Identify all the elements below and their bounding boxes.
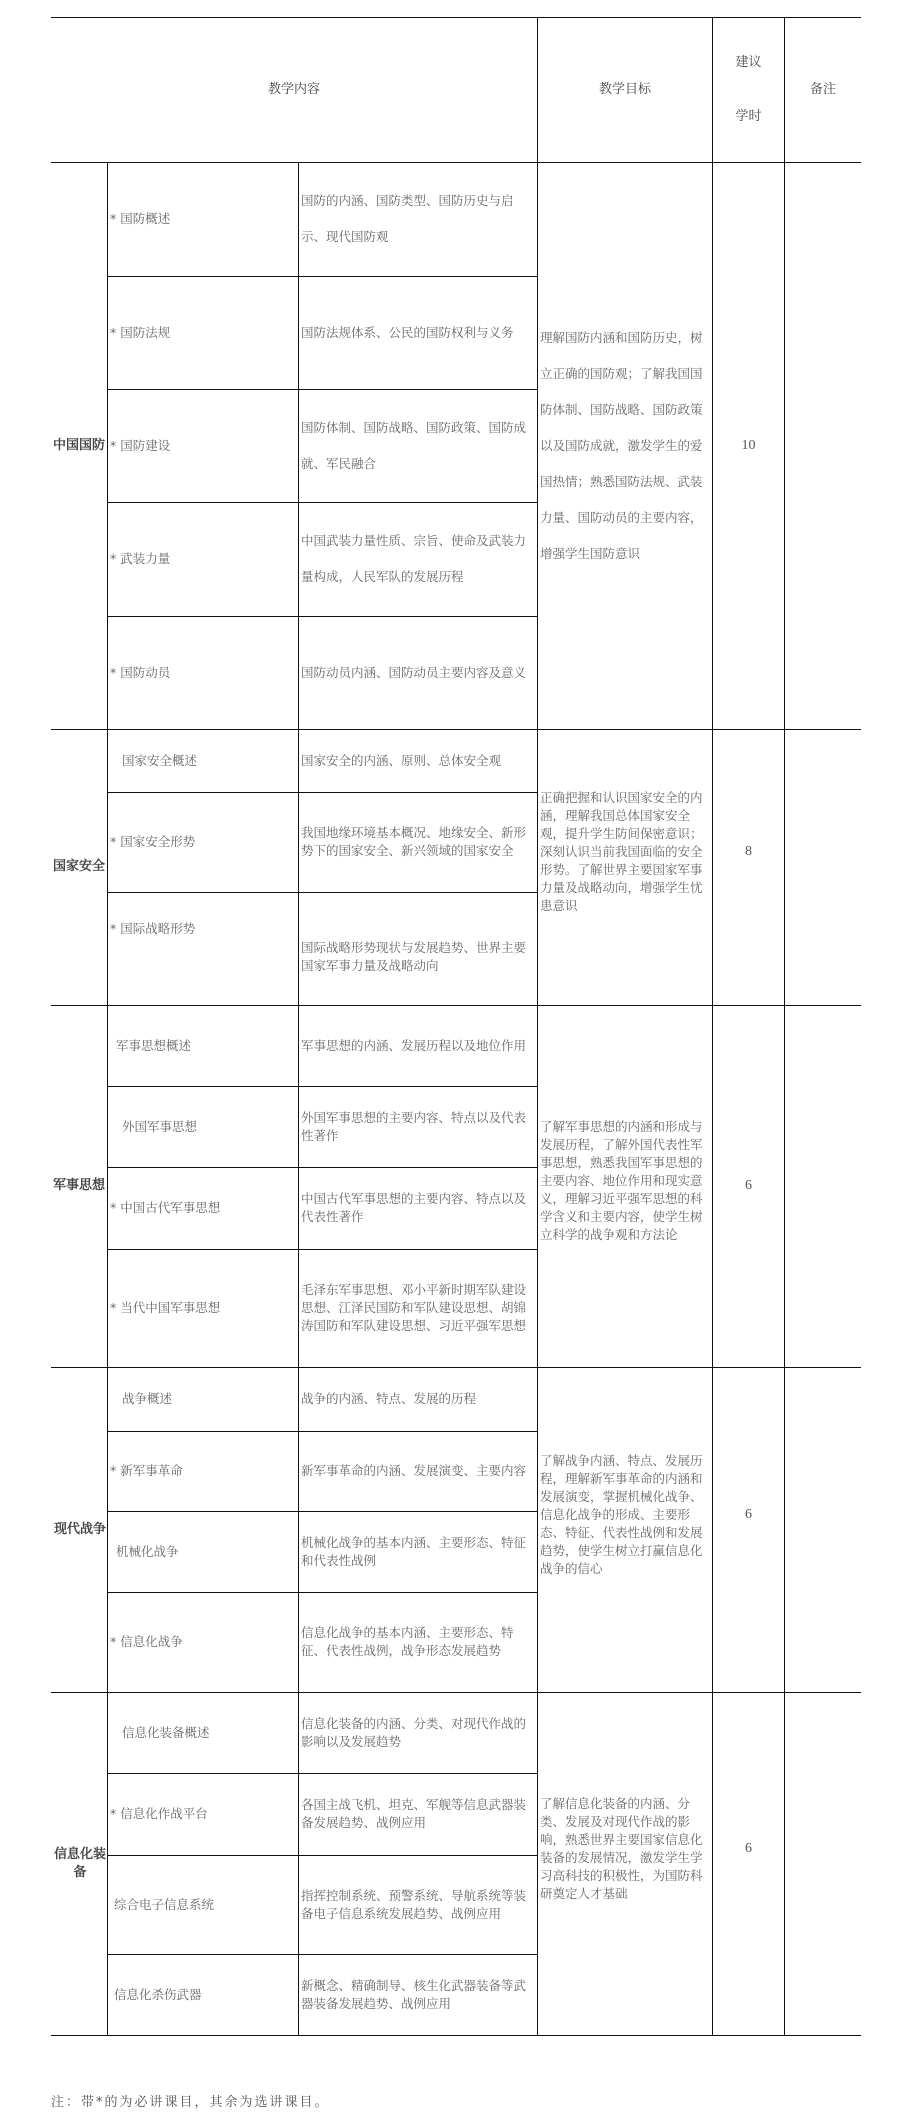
topic-cell: * 国防动员	[108, 616, 298, 729]
desc-cell: 国防的内涵、国防类型、国防历史与启示、现代国防观	[299, 162, 537, 276]
desc-cell: 国防动员内涵、国防动员主要内容及意义	[299, 616, 537, 729]
topic-cell: * 中国古代军事思想	[108, 1167, 298, 1249]
desc-cell: 各国主战飞机、坦克、军舰等信息武器装备发展趋势、战例应用	[299, 1773, 537, 1855]
desc-cell: 信息化战争的基本内涵、主要形态、特征、代表性战例，战争形态发展趋势	[299, 1592, 537, 1692]
topic-cell: * 国防法规	[108, 276, 298, 389]
section-label-national-defense: 中国国防	[51, 162, 107, 729]
topic-cell: 信息化杀伤武器	[108, 1954, 298, 2035]
topic-cell: 军事思想概述	[108, 1005, 298, 1086]
hours-cell: 8	[713, 729, 784, 1005]
header-hours-line2: 学时	[735, 108, 761, 126]
desc-cell: 军事思想的内涵、发展历程以及地位作用	[299, 1005, 537, 1086]
section-label-national-security: 国家安全	[51, 729, 107, 1005]
desc-cell: 国际战略形势现状与发展趋势、世界主要国家军事力量及战略动向	[299, 892, 537, 1005]
section-label-info-equipment: 信息化装备	[51, 1692, 107, 2035]
hours-cell: 10	[713, 162, 784, 729]
table-bottom-border	[51, 2035, 861, 2036]
desc-cell: 国防法规体系、公民的国防权利与义务	[299, 276, 537, 389]
header-content: 教学内容	[51, 17, 537, 162]
footnote: 注：带*的为必讲课目，其余为选讲课目。	[51, 2091, 330, 2110]
desc-cell: 国家安全的内涵、原则、总体安全观	[299, 729, 537, 792]
section-label-military-thought: 军事思想	[51, 1005, 107, 1367]
topic-cell: 外国军事思想	[108, 1086, 298, 1167]
goal-cell: 理解国防内涵和国防历史，树立正确的国防观；了解我国国防体制、国防战略、国防政策以…	[538, 162, 712, 729]
topic-cell: * 信息化作战平台	[108, 1773, 298, 1855]
desc-cell: 中国武装力量性质、宗旨、使命及武装力量构成，人民军队的发展历程	[299, 502, 537, 616]
goal-cell: 了解信息化装备的内涵、分类、发展及对现代作战的影响，熟悉世界主要国家信息化装备的…	[538, 1692, 712, 2035]
col-divider-remarks	[784, 17, 785, 2035]
hours-cell: 6	[713, 1005, 784, 1367]
curriculum-table: 教学内容 教学目标 建议 学时 备注 中国国防 * 国防概述 国防的内涵、国防类…	[51, 17, 861, 2035]
topic-cell: * 国家安全形势	[108, 792, 298, 892]
topic-cell: 国家安全概述	[108, 729, 298, 792]
desc-cell: 新概念、精确制导、核生化武器装备等武器装备发展趋势、战例应用	[299, 1954, 537, 2035]
topic-cell: * 国际战略形势	[108, 892, 298, 1005]
header-hours-line1: 建议	[735, 54, 761, 72]
topic-cell: 综合电子信息系统	[108, 1855, 298, 1954]
topic-cell: * 国防建设	[108, 389, 298, 502]
topic-cell: * 当代中国军事思想	[108, 1249, 298, 1367]
desc-cell: 指挥控制系统、预警系统、导航系统等装备电子信息系统发展趋势、战例应用	[299, 1855, 537, 1954]
desc-cell: 我国地缘环境基本概况、地缘安全、新形势下的国家安全、新兴领域的国家安全	[299, 792, 537, 892]
header-remarks: 备注	[785, 17, 861, 162]
header-hours: 建议 学时	[713, 17, 784, 162]
desc-cell: 外国军事思想的主要内容、特点以及代表性著作	[299, 1086, 537, 1167]
topic-cell: 战争概述	[108, 1367, 298, 1431]
topic-cell: 机械化战争	[108, 1511, 298, 1592]
topic-cell: * 国防概述	[108, 162, 298, 276]
header-goal: 教学目标	[538, 17, 712, 162]
desc-cell: 中国古代军事思想的主要内容、特点以及代表性著作	[299, 1167, 537, 1249]
hours-cell: 6	[713, 1692, 784, 2035]
section-label-modern-warfare: 现代战争	[51, 1367, 107, 1692]
topic-cell: 信息化装备概述	[108, 1692, 298, 1773]
topic-cell: * 武装力量	[108, 502, 298, 616]
topic-cell: * 信息化战争	[108, 1592, 298, 1692]
hours-cell: 6	[713, 1367, 784, 1692]
desc-cell: 毛泽东军事思想、邓小平新时期军队建设思想、江泽民国防和军队建设思想、胡锦涛国防和…	[299, 1249, 537, 1367]
desc-cell: 战争的内涵、特点、发展的历程	[299, 1367, 537, 1431]
desc-cell: 新军事革命的内涵、发展演变、主要内容	[299, 1431, 537, 1511]
goal-cell: 正确把握和认识国家安全的内涵，理解我国总体国家安全观，提升学生防间保密意识；深刻…	[538, 729, 712, 1005]
goal-cell: 了解战争内涵、特点、发展历程，理解新军事革命的内涵和发展演变，掌握机械化战争、信…	[538, 1367, 712, 1692]
desc-cell: 机械化战争的基本内涵、主要形态、特征和代表性战例	[299, 1511, 537, 1592]
topic-cell: * 新军事革命	[108, 1431, 298, 1511]
goal-cell: 了解军事思想的内涵和形成与发展历程，了解外国代表性军事思想，熟悉我国军事思想的主…	[538, 1005, 712, 1367]
desc-cell: 信息化装备的内涵、分类、对现代作战的影响以及发展趋势	[299, 1692, 537, 1773]
desc-cell: 国防体制、国防战略、国防政策、国防成就、军民融合	[299, 389, 537, 502]
